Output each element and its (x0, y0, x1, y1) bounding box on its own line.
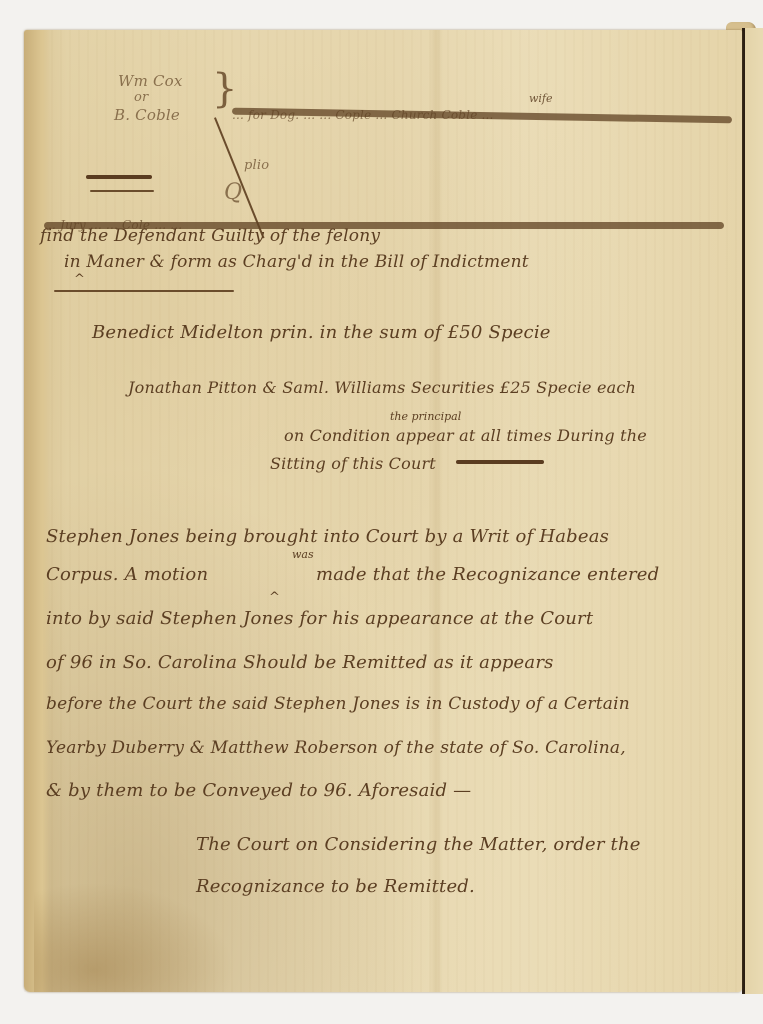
manuscript-page: Wm Cox or B. Coble } plio Q ... for Dog.… (24, 30, 742, 992)
margin-note-or: or (134, 90, 148, 105)
insert-caret: ^ (74, 272, 85, 287)
recognizance-line-1: Benedict Midelton prin. in the sum of £5… (92, 322, 551, 343)
diagonal-stroke (214, 117, 264, 238)
struck-mark-1 (86, 175, 152, 179)
margin-letter-q: Q (224, 180, 242, 205)
recognizance-line-3-suffix: appear at all times During the (396, 426, 647, 445)
water-stain (34, 882, 234, 992)
insert-caret-2: ^ (269, 590, 280, 605)
verdict-line-1: find the Defendant Guilty of the felony (40, 226, 380, 246)
margin-note-plio: plio (244, 158, 269, 173)
worn-left-edge (24, 30, 50, 992)
margin-note-name-1: Wm Cox (118, 72, 183, 90)
habeas-line-1: Stephen Jones being brought into Court b… (46, 526, 609, 547)
scanned-manuscript-scene: Wm Cox or B. Coble } plio Q ... for Dog.… (0, 0, 763, 1024)
habeas-line-5: before the Court the said Stephen Jones … (46, 694, 630, 714)
recognizance-insert: the principal (390, 410, 461, 423)
struck-mark-2 (90, 190, 154, 192)
brace-mark: } (212, 66, 238, 112)
order-line-1: The Court on Considering the Matter, ord… (196, 834, 641, 855)
habeas-line-3: into by said Stephen Jones for his appea… (46, 608, 593, 629)
habeas-line-7: & by them to be Conveyed to 96. Aforesai… (46, 780, 471, 801)
margin-note-name-2: B. Coble (114, 106, 180, 124)
habeas-line-2b: made that the Recognizance entered (316, 564, 659, 585)
end-flourish-1 (456, 460, 544, 464)
order-line-2: Recognizance to be Remitted. (196, 876, 475, 897)
habeas-line-6: Yearby Duberry & Matthew Roberson of the… (46, 738, 626, 758)
habeas-line-4: of 96 in So. Carolina Should be Remitted… (46, 652, 554, 673)
recognizance-line-4: Sitting of this Court (270, 454, 436, 473)
recognizance-line-2: Jonathan Pitton & Saml. Williams Securit… (128, 378, 636, 397)
superscript-wife: wife (529, 92, 553, 105)
habeas-line-2a: Corpus. A motion (46, 564, 208, 585)
section-divider (54, 290, 234, 292)
verdict-line-2: in Maner & form as Charg'd in the Bill o… (64, 252, 529, 272)
adjacent-page-edge (742, 28, 763, 994)
habeas-insert-was: was (292, 548, 314, 561)
recognizance-line-3-prefix: on Condition (284, 426, 390, 445)
